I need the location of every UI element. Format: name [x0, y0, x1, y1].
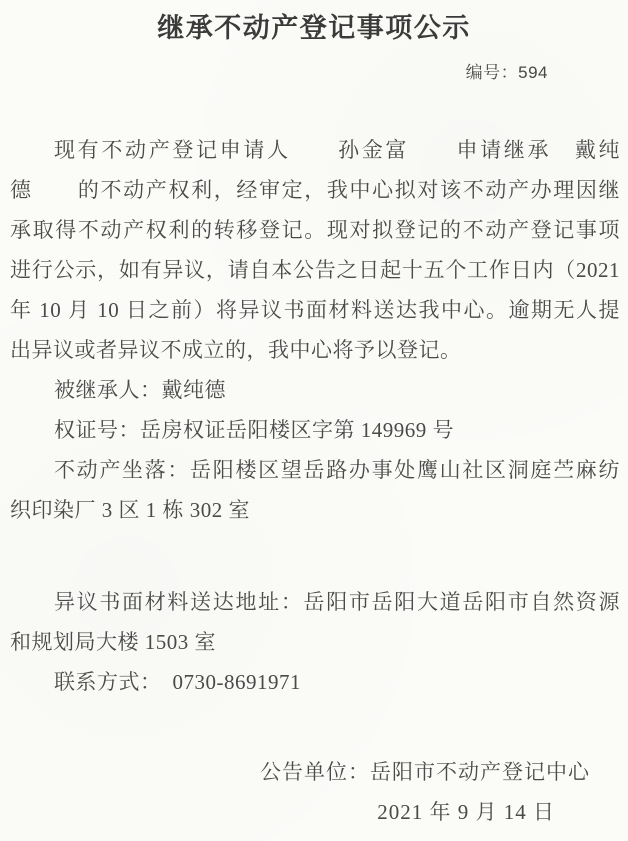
- property-location-line-2: 织印染厂 3 区 1 栋 302 室: [10, 490, 620, 530]
- transfer-registration-line: 承取得不动产权利的转移登记。现对拟登记的不动产登记事项: [10, 210, 620, 250]
- notice-document: 继承不动产登记事项公示 编号：594 现有不动产登记申请人 孙金富 申请继承 戴…: [0, 0, 628, 841]
- deadline-line: 年 10 月 10 日之前）将异议书面材料送达我中心。逾期无人提: [10, 290, 620, 330]
- certificate-number-line: 权证号：岳房权证岳阳楼区字第 149969 号: [10, 410, 620, 450]
- objection-address-line: 异议书面材料送达地址：岳阳市岳阳大道岳阳市自然资源: [10, 582, 620, 622]
- applicant-intro-line: 现有不动产登记申请人 孙金富 申请继承 戴纯: [10, 130, 620, 170]
- registration-conclusion-line: 出异议或者异议不成立的，我中心将予以登记。: [10, 330, 620, 370]
- document-number: 编号：594: [466, 58, 548, 83]
- issuer-line: 公告单位：岳阳市不动产登记中心: [0, 752, 628, 792]
- document-number-value: 594: [518, 63, 548, 82]
- document-footer: 公告单位：岳阳市不动产登记中心 2021 年 9 月 14 日: [0, 752, 628, 832]
- contact-line: 联系方式： 0730-8691971: [10, 662, 620, 702]
- section-gap: [10, 530, 620, 582]
- rights-statement-line: 德 的不动产权利，经审定，我中心拟对该不动产办理因继: [10, 170, 620, 210]
- property-location-line: 不动产坐落：岳阳楼区望岳路办事处鹰山社区洞庭苎麻纺: [10, 450, 620, 490]
- document-body: 现有不动产登记申请人 孙金富 申请继承 戴纯 德 的不动产权利，经审定，我中心拟…: [10, 130, 620, 702]
- objection-period-line: 进行公示，如有异议，请自本公告之日起十五个工作日内（2021: [10, 250, 620, 290]
- objection-address-line-2: 和规划局大楼 1503 室: [10, 622, 620, 662]
- date-line: 2021 年 9 月 14 日: [0, 792, 628, 832]
- document-number-label: 编号：: [466, 63, 519, 82]
- decedent-line: 被继承人：戴纯德: [10, 370, 620, 410]
- document-title: 继承不动产登记事项公示: [0, 6, 628, 45]
